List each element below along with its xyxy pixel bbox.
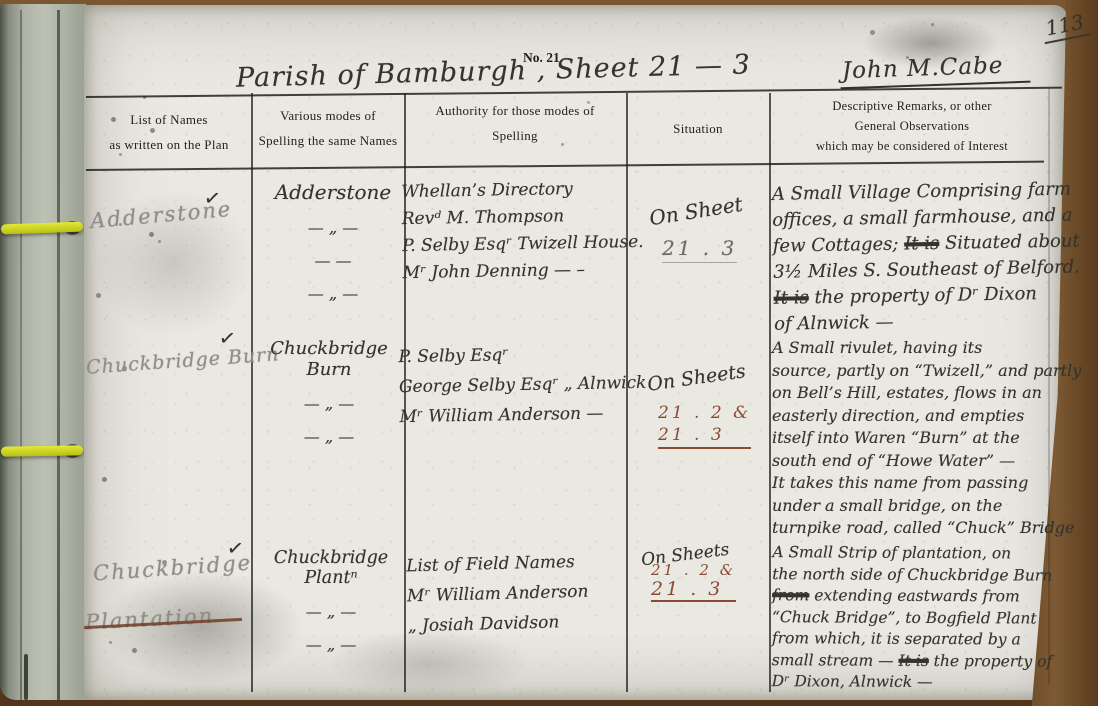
text-line: itself into Waren “Burn” at the — [772, 427, 1098, 450]
spine-crease — [57, 10, 60, 702]
text-line: List of Field Names — [406, 547, 588, 582]
column-header-names: List of Namesas written on the Plan — [88, 112, 250, 162]
text-line: 21 . 3 — [651, 580, 736, 602]
text-line: — „ — — [258, 218, 408, 237]
text-line: Descriptive Remarks, or other — [771, 99, 1053, 114]
text-line: which may be considered of Interest — [771, 139, 1053, 154]
text-line: Mʳ William Anderson — [407, 577, 589, 612]
text-line: Adderstone — [258, 180, 408, 204]
text-line: Mʳ John Denning — – — [402, 256, 644, 287]
authority-list: P. Selby EsqʳGeorge Selby Esqʳ „ Alnwick… — [398, 338, 647, 432]
text-line: Mʳ William Anderson — — [399, 398, 647, 432]
text-line: — — — [258, 251, 408, 270]
text-line: on Bell’s Hill, estates, flows in an — [772, 382, 1098, 405]
text-line: Chuckbridge Burn — [254, 338, 404, 380]
column-header-situation: Situation — [628, 121, 768, 146]
text-line: — „ — — [254, 394, 404, 413]
text-line: Dʳ Dixon, Alnwick — — [772, 671, 1098, 694]
text-line: It takes this name from passing — [772, 472, 1098, 495]
authority-list: List of Field NamesMʳ William Anderson„ … — [406, 547, 590, 642]
text-line: List of Names — [88, 112, 250, 128]
text-line: easterly direction, and empties — [772, 405, 1098, 428]
text-line: Spelling the same Names — [253, 133, 403, 149]
text-line: 21 . 3 — [662, 236, 737, 263]
spelling-entry: Adderstone— „ —— —— „ — — [258, 180, 408, 303]
descriptive-remarks: A Small Village Comprising farmoffices, … — [772, 176, 1097, 338]
spelling-entry: Chuckbridge Plantⁿ— „ —— „ — — [251, 548, 411, 654]
text-line: „ Josiah Davidson — [407, 607, 589, 642]
spine-crease — [20, 10, 22, 702]
text-line: A Small rivulet, having its — [772, 337, 1098, 360]
text-line: Spelling — [406, 128, 624, 144]
text-line: the north side of Chuckbridge Burn — [772, 564, 1098, 587]
text-line: “Chuck Bridge”, to Bogfield Plant — [772, 607, 1098, 630]
column-header-authority: Authority for those modes ofSpelling — [406, 103, 624, 153]
text-line: from extending eastwards from — [772, 585, 1098, 608]
text-line: — „ — — [251, 635, 411, 654]
text-line: Situation — [628, 121, 768, 137]
name-book-page-photo: 113 No. 21. Parish of Bamburgh , Sheet 2… — [0, 0, 1098, 706]
text-line: south end of “Howe Water” — — [772, 450, 1098, 473]
page-stack-gap — [24, 654, 28, 700]
binding-tie-icon — [1, 445, 83, 456]
text-line: — „ — — [251, 602, 411, 621]
authority-list: Whellan’s DirectoryRevᵈ M. ThompsonP. Se… — [401, 175, 644, 287]
column-header-remarks: Descriptive Remarks, or otherGeneral Obs… — [771, 99, 1053, 159]
spelling-entry: Chuckbridge Burn— „ —— „ — — [254, 338, 404, 446]
text-line: source, partly on “Twizell,” and partly — [772, 360, 1098, 383]
text-line: from which, it is separated by a — [772, 628, 1098, 651]
descriptive-remarks: A Small Strip of plantation, onthe north… — [772, 542, 1098, 694]
situation-sheet-numbers: 21 . 2 &21 . 3 — [651, 561, 736, 602]
text-line: as written on the Plan — [88, 137, 250, 153]
text-line: P. Selby Esqʳ — [398, 338, 646, 372]
text-line: General Observations — [771, 119, 1053, 134]
text-line: — „ — — [258, 284, 408, 303]
text-line: turnpike road, called “Chuck” Bridge — [772, 517, 1098, 540]
text-line: — „ — — [254, 427, 404, 446]
text-line: P. Selby Esqʳ Twizell House. — [402, 229, 644, 260]
column-header-spelling-modes: Various modes ofSpelling the same Names — [253, 108, 403, 158]
column-divider — [769, 93, 771, 692]
text-line: 21 . 3 — [658, 424, 751, 449]
text-line: Whellan’s Directory — [401, 175, 643, 206]
paper-specks — [0, 0, 3, 3]
surveyor-signature: John M.Cabe — [840, 52, 1030, 90]
text-line: Various modes of — [253, 108, 403, 124]
text-line: 21 . 2 & — [658, 402, 751, 424]
text-line: A Small Strip of plantation, on — [772, 542, 1098, 565]
text-line: Chuckbridge Plantⁿ — [251, 548, 411, 588]
text-line: Authority for those modes of — [406, 103, 624, 119]
text-line: under a small bridge, on the — [772, 495, 1098, 518]
book-spine — [0, 4, 86, 700]
situation-sheet-numbers: 21 . 3 — [662, 236, 737, 263]
situation-sheet-numbers: 21 . 2 &21 . 3 — [658, 402, 751, 449]
text-line: George Selby Esqʳ „ Alnwick — [399, 368, 647, 402]
text-line: small stream — It is the property of — [772, 650, 1098, 673]
text-line: Revᵈ M. Thompson — [402, 202, 644, 233]
descriptive-remarks: A Small rivulet, having itssource, partl… — [772, 337, 1098, 540]
